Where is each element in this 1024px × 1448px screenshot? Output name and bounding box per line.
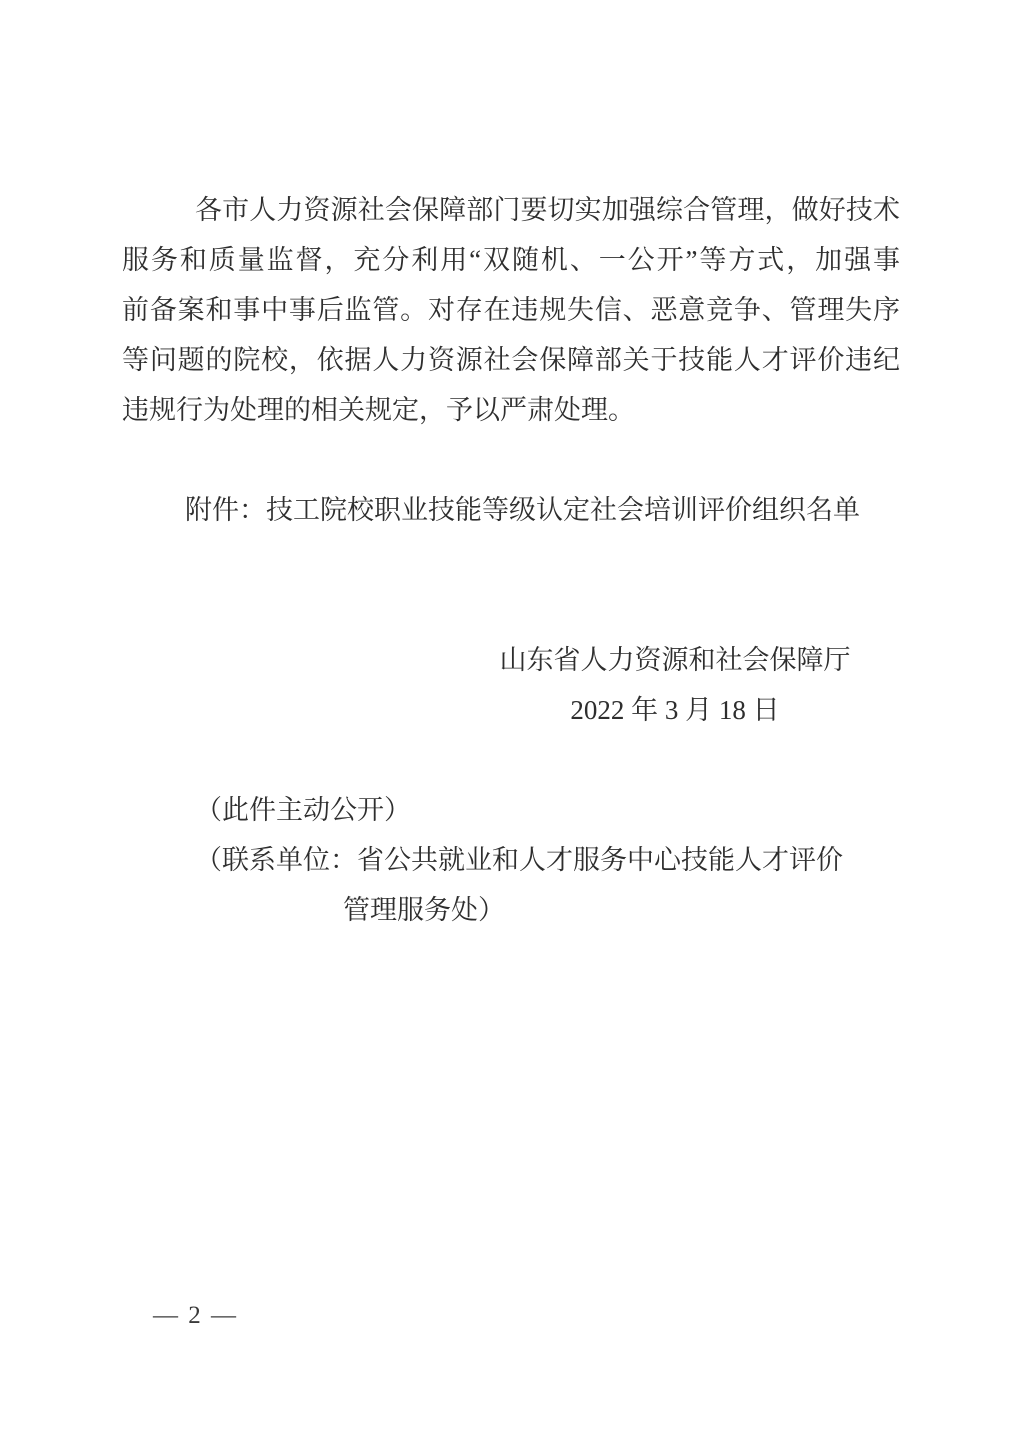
document-page: 各市人力资源社会保障部门要切实加强综合管理，做好技术 服务和质量监督，充分利用“… (0, 0, 1024, 1448)
paragraph-line-3: 前备案和事中事后监管。对存在违规失信、恶意竞争、管理失序 (122, 285, 900, 335)
issue-date: 2022 年 3 月 18 日 (450, 685, 900, 735)
paragraph-line-4: 等问题的院校，依据人力资源社会保障部关于技能人才评价违纪 (122, 335, 900, 385)
page-number: — 2 — (153, 1291, 238, 1341)
paragraph-line-2: 服务和质量监督，充分利用“双随机、一公开”等方式，加强事 (122, 235, 900, 285)
paragraph-line-1: 各市人力资源社会保障部门要切实加强综合管理，做好技术 (122, 185, 900, 235)
paragraph-line-5: 违规行为处理的相关规定，予以严肃处理。 (122, 385, 900, 435)
attachment-line: 附件：技工院校职业技能等级认定社会培训评价组织名单 (185, 485, 860, 535)
issuer-signature: 山东省人力资源和社会保障厅 (450, 635, 900, 685)
note-contact-line-2: 管理服务处） (343, 885, 505, 935)
note-contact-line-1: （联系单位：省公共就业和人才服务中心技能人才评价 (195, 835, 843, 885)
note-public-disclosure: （此件主动公开） (195, 785, 411, 835)
